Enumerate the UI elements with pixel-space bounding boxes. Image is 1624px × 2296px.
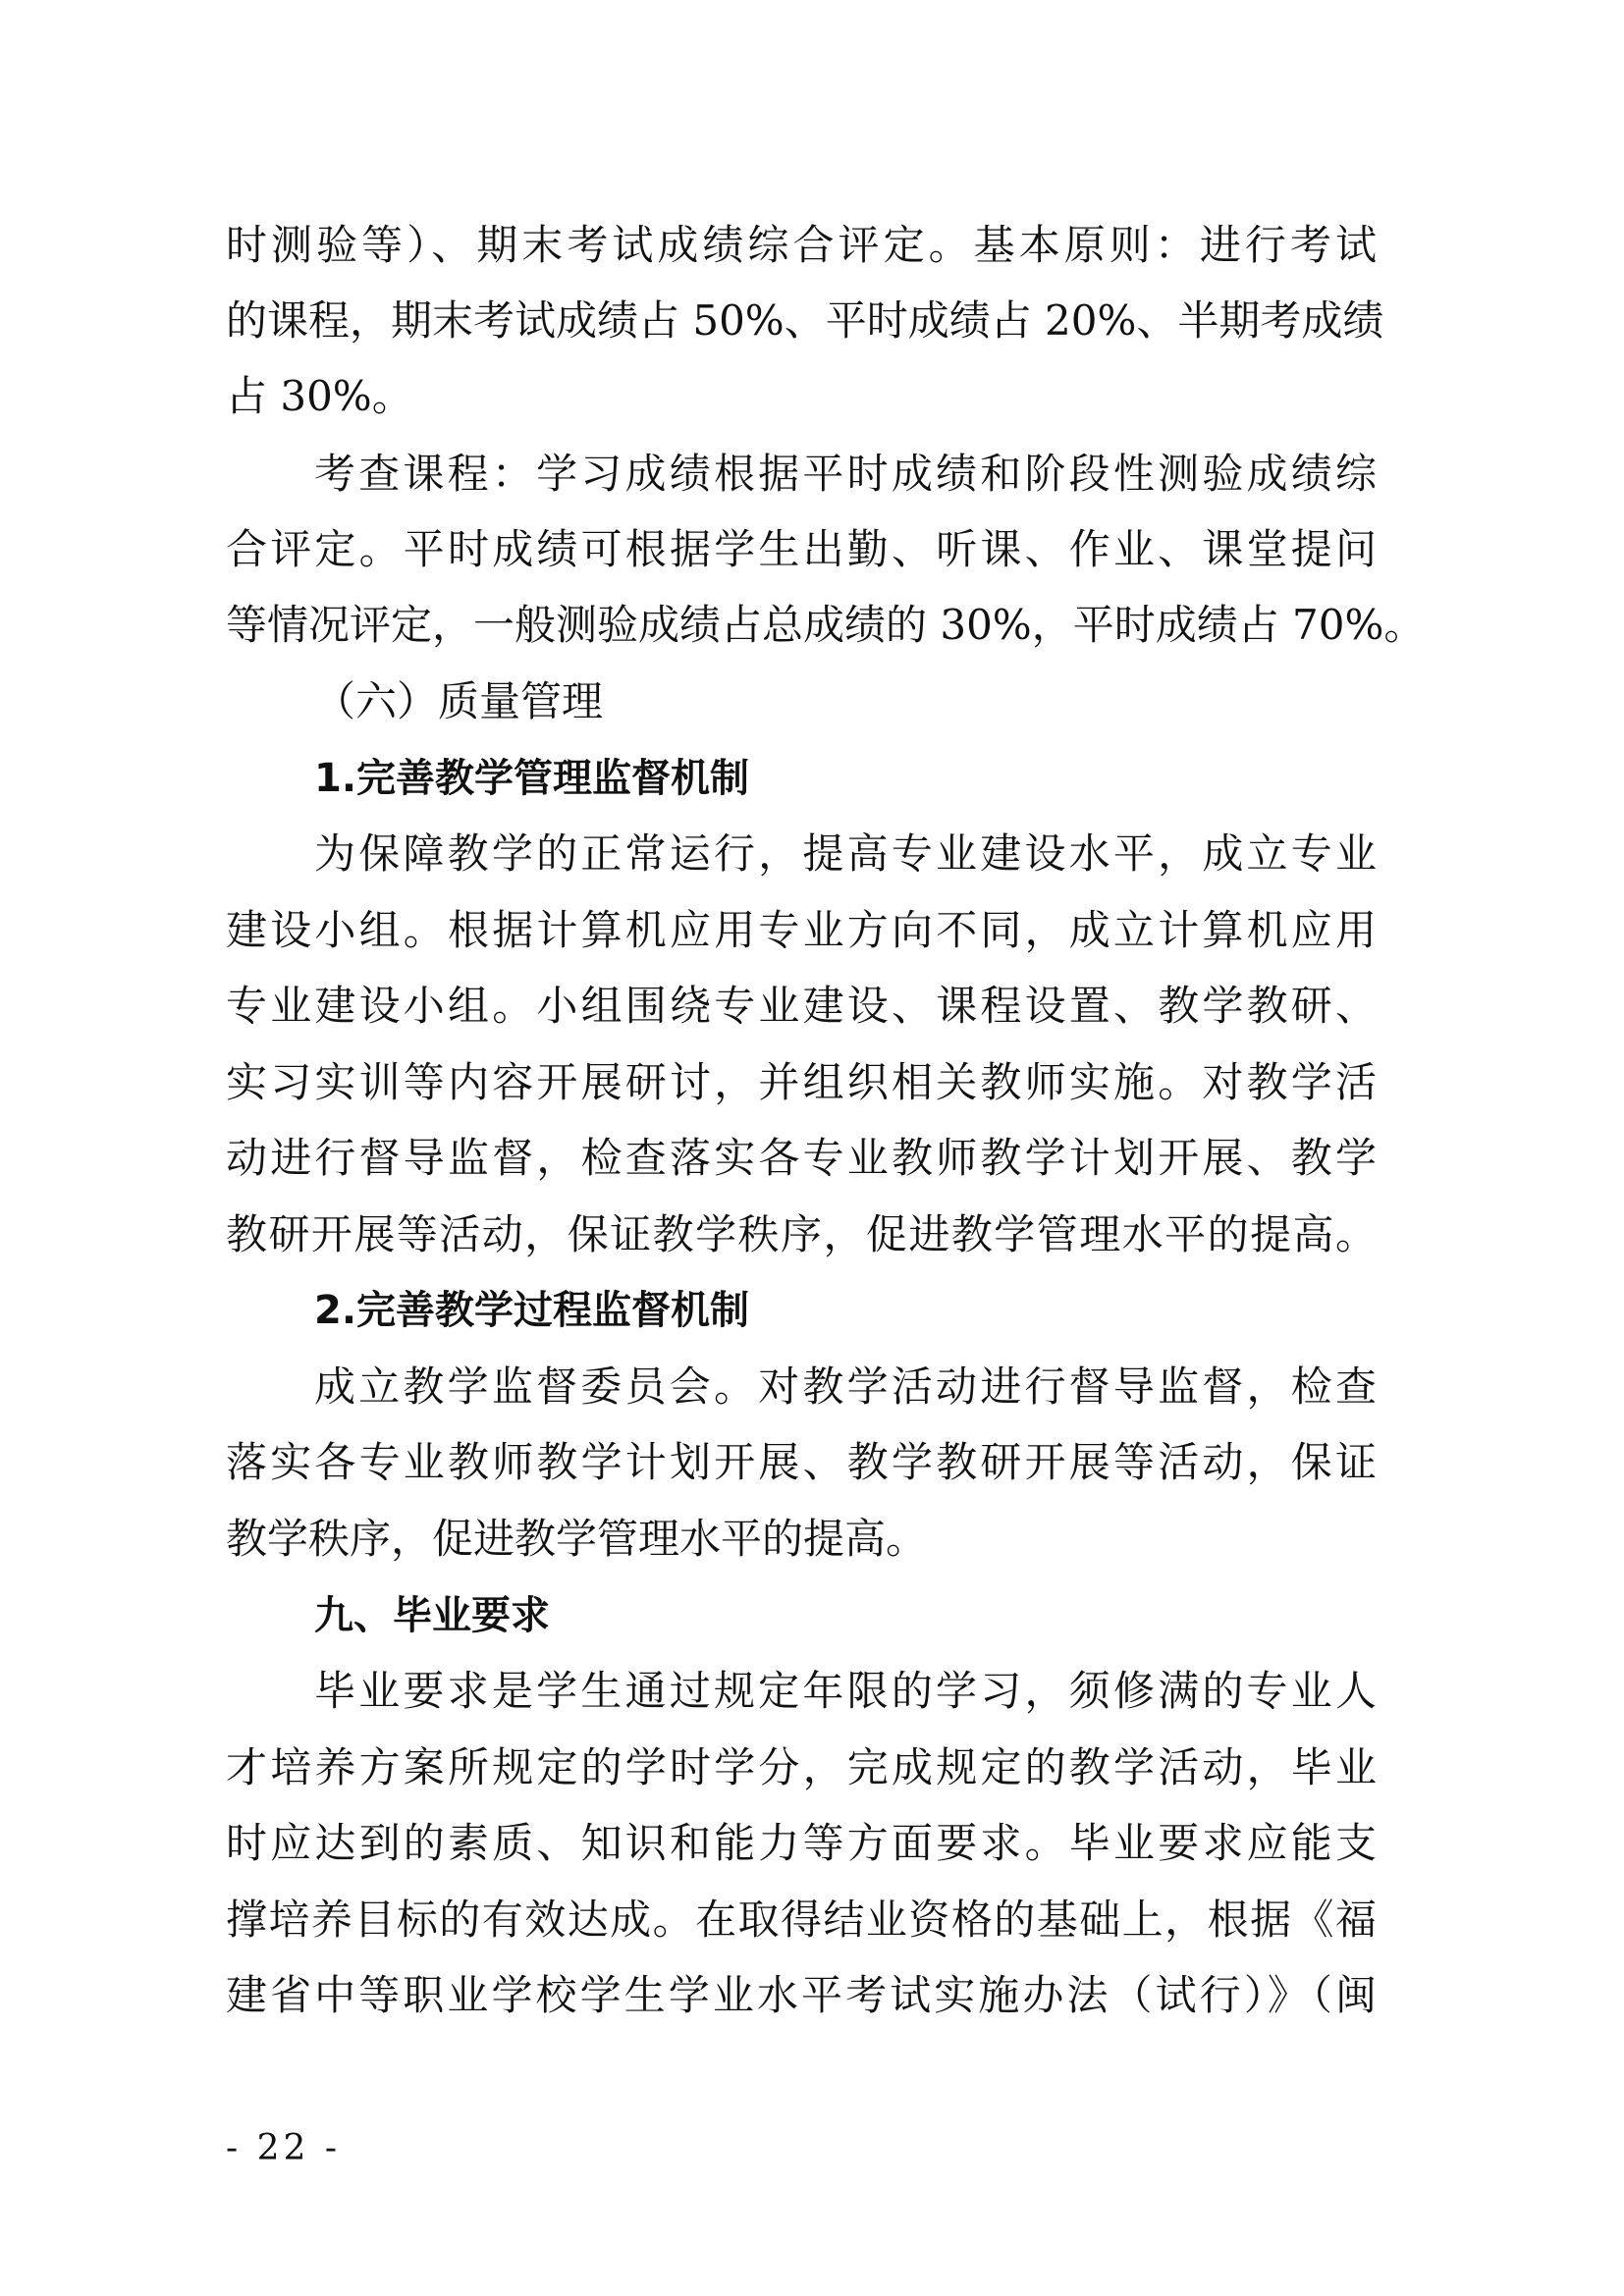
text-line: 动进行督导监督，检查落实各专业教师教学计划开展、教学 <box>226 1120 1377 1197</box>
text-line: 教学秩序，促进教学管理水平的提高。 <box>226 1501 1377 1577</box>
text-line: 实习实训等内容开展研讨，并组织相关教师实施。对教学活 <box>226 1044 1377 1121</box>
text-line: 专业建设小组。小组围绕专业建设、课程设置、教学教研、 <box>226 968 1377 1044</box>
text-line: 时应达到的素质、知识和能力等方面要求。毕业要求应能支 <box>226 1805 1377 1882</box>
document-page: 时测验等）、期末考试成绩综合评定。基本原则：进行考试 的课程，期末考试成绩占 5… <box>0 0 1624 2296</box>
section-heading: 九、毕业要求 <box>314 1577 1377 1654</box>
text-line: 考查课程：学习成绩根据平时成绩和阶段性测验成绩综 <box>314 436 1377 512</box>
section-heading: 2.完善教学过程监督机制 <box>314 1272 1377 1349</box>
text-line: 落实各专业教师教学计划开展、教学教研开展等活动，保证 <box>226 1424 1377 1501</box>
text-line: 教研开展等活动，保证教学秩序，促进教学管理水平的提高。 <box>226 1197 1377 1273</box>
text-line: 撑培养目标的有效达成。在取得结业资格的基础上，根据《福 <box>226 1882 1377 1958</box>
text-line: 建省中等职业学校学生学业水平考试实施办法（试行）》（闽 <box>226 1957 1377 2034</box>
text-line: 成立教学监督委员会。对教学活动进行督导监督，检查 <box>314 1349 1377 1425</box>
section-heading: 1.完善教学管理监督机制 <box>314 740 1377 817</box>
text-line: 合评定。平时成绩可根据学生出勤、听课、作业、课堂提问 <box>226 511 1377 588</box>
text-line: 时测验等）、期末考试成绩综合评定。基本原则：进行考试 <box>226 207 1377 284</box>
section-subheading: （六）质量管理 <box>314 664 1377 740</box>
text-line: 才培养方案所规定的学时学分，完成规定的教学活动，毕业 <box>226 1730 1377 1806</box>
text-line: 毕业要求是学生通过规定年限的学习，须修满的专业人 <box>314 1653 1377 1730</box>
text-line: 为保障教学的正常运行，提高专业建设水平，成立专业 <box>314 816 1377 892</box>
text-line: 等情况评定，一般测验成绩占总成绩的 30%，平时成绩占 70%。 <box>226 587 1377 664</box>
page-number: - 22 - <box>226 2128 341 2168</box>
text-line: 占 30%。 <box>226 358 1377 435</box>
text-line: 建设小组。根据计算机应用专业方向不同，成立计算机应用 <box>226 892 1377 969</box>
text-line: 的课程，期末考试成绩占 50%、平时成绩占 20%、半期考成绩 <box>226 283 1377 359</box>
